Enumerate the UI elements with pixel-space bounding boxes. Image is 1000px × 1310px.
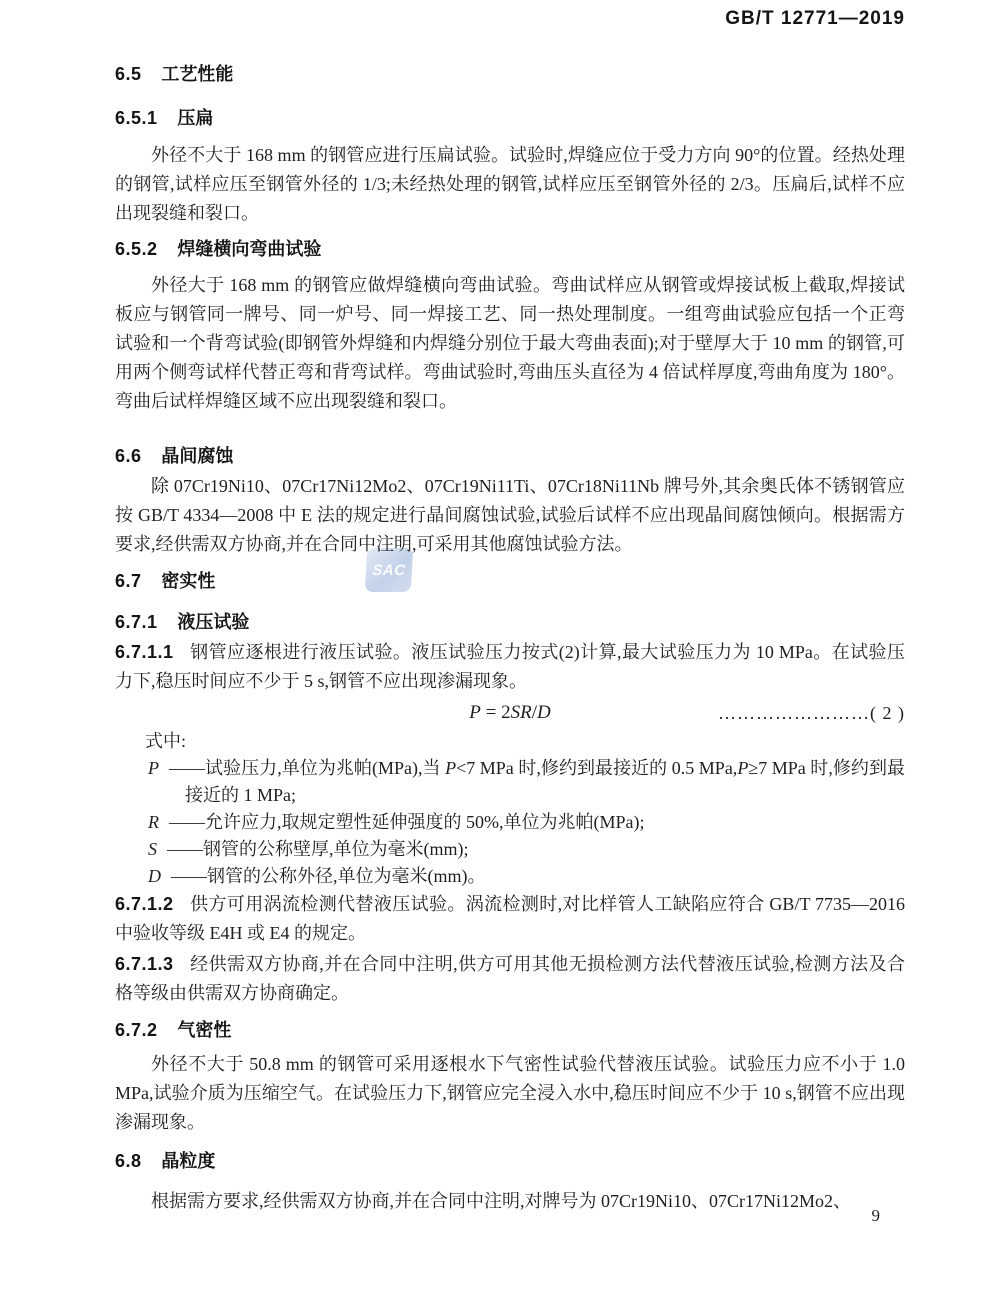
clause-text: 经供需双方协商,并在合同中注明,供方可用其他无损检测方法代替液压试验,检测方法及…: [115, 954, 905, 1003]
section-title: 晶粒度: [161, 1151, 215, 1171]
equation-label: ( 2 ): [870, 703, 905, 723]
section-title: 晶间腐蚀: [161, 446, 233, 466]
definition-text: ——钢管的公称壁厚,单位为毫米(mm);: [167, 839, 469, 859]
section-number: 6.6: [115, 446, 142, 466]
section-heading-6-8: 6.8晶粒度: [115, 1149, 905, 1173]
formula-var-d: D: [537, 702, 551, 723]
section-number: 6.5: [115, 64, 142, 84]
definition-text: ——允许应力,取规定塑性延伸强度的 50%,单位为兆帕(MPa);: [169, 812, 645, 832]
clause-number: 6.7.1.1: [115, 642, 174, 662]
section-heading-6-7-1: 6.7.1液压试验: [115, 610, 905, 634]
paragraph-grain-size: 根据需方要求,经供需双方协商,并在合同中注明,对牌号为 07Cr19Ni10、0…: [115, 1187, 905, 1216]
leader-dots: ……………………: [718, 703, 870, 723]
symbol-r: R: [148, 812, 159, 832]
definition-text: <7 MPa 时,修约到最接近的 0.5 MPa,: [456, 758, 737, 778]
symbol-p: P: [148, 758, 159, 778]
clause-text: 钢管应逐根进行液压试验。液压试验压力按式(2)计算,最大试验压力为 10 MPa…: [115, 642, 905, 691]
clause-6-7-1-1: 6.7.1.1钢管应逐根进行液压试验。液压试验压力按式(2)计算,最大试验压力为…: [115, 638, 905, 696]
clause-text: 供方可用涡流检测代替液压试验。涡流检测时,对比样管人工缺陷应符合 GB/T 77…: [115, 894, 905, 943]
section-title: 压扁: [177, 108, 213, 128]
clause-6-7-1-3: 6.7.1.3经供需双方协商,并在合同中注明,供方可用其他无损检测方法代替液压试…: [115, 950, 905, 1008]
clause-6-7-1-2: 6.7.1.2供方可用涡流检测代替液压试验。涡流检测时,对比样管人工缺陷应符合 …: [115, 890, 905, 948]
equation-2-leader: ……………………( 2 ): [718, 698, 905, 728]
section-number: 6.7.2: [115, 1020, 158, 1040]
section-title: 工艺性能: [161, 64, 233, 84]
equation-2: P = 2SR/D: [469, 702, 550, 723]
standard-code-header: GB/T 12771—2019: [115, 6, 905, 32]
section-number: 6.8: [115, 1151, 142, 1171]
paragraph-intergranular-corrosion: 除 07Cr19Ni10、07Cr17Ni12Mo2、07Cr19Ni11Ti、…: [115, 472, 905, 559]
paragraph-weld-bend-test: 外径大于 168 mm 的钢管应做焊缝横向弯曲试验。弯曲试样应从钢管或焊接试板上…: [115, 271, 905, 416]
section-number: 6.7.1: [115, 612, 158, 632]
definition-text: ——试验压力,单位为兆帕(MPa),当: [169, 758, 445, 778]
section-heading-6-7-2: 6.7.2气密性: [115, 1018, 905, 1042]
section-number: 6.7: [115, 571, 142, 591]
section-title: 气密性: [177, 1020, 231, 1040]
inline-var-p: P: [445, 758, 456, 778]
formula-equals: = 2: [481, 702, 511, 723]
section-number: 6.5.2: [115, 239, 158, 259]
section-heading-6-5-2: 6.5.2焊缝横向弯曲试验: [115, 237, 905, 261]
inline-var-p: P: [737, 758, 748, 778]
symbol-s: S: [148, 839, 157, 859]
equation-2-row: P = 2SR/D ……………………( 2 ): [115, 698, 905, 728]
symbol-definition-s: S——钢管的公称壁厚,单位为毫米(mm);: [115, 836, 905, 863]
paragraph-flattening-test: 外径不大于 168 mm 的钢管应进行压扁试验。试验时,焊缝应位于受力方向 90…: [115, 141, 905, 228]
page-number: 9: [872, 1206, 881, 1226]
section-title: 密实性: [161, 571, 215, 591]
where-label: 式中:: [115, 728, 905, 755]
section-title: 焊缝横向弯曲试验: [177, 239, 321, 259]
section-heading-6-5: 6.5工艺性能: [115, 62, 905, 86]
clause-number: 6.7.1.3: [115, 954, 174, 974]
formula-var-p: P: [469, 702, 481, 723]
section-title: 液压试验: [177, 612, 249, 632]
symbol-definition-d: D——钢管的公称外径,单位为毫米(mm)。: [115, 863, 905, 890]
symbol-definition-r: R——允许应力,取规定塑性延伸强度的 50%,单位为兆帕(MPa);: [115, 809, 905, 836]
document-page: GB/T 12771—2019 6.5工艺性能 6.5.1压扁 外径不大于 16…: [0, 0, 1000, 1310]
symbol-definition-p: P——试验压力,单位为兆帕(MPa),当 P<7 MPa 时,修约到最接近的 0…: [115, 755, 905, 809]
symbol-d: D: [148, 866, 161, 886]
clause-number: 6.7.1.2: [115, 894, 174, 914]
section-number: 6.5.1: [115, 108, 158, 128]
paragraph-air-tightness: 外径不大于 50.8 mm 的钢管可采用逐根水下气密性试验代替液压试验。试验压力…: [115, 1050, 905, 1137]
section-heading-6-6: 6.6晶间腐蚀: [115, 444, 905, 468]
section-heading-6-5-1: 6.5.1压扁: [115, 106, 905, 130]
definition-text: ——钢管的公称外径,单位为毫米(mm)。: [171, 866, 486, 886]
formula-var-sr: SR: [511, 702, 532, 723]
section-heading-6-7: 6.7密实性: [115, 569, 905, 593]
